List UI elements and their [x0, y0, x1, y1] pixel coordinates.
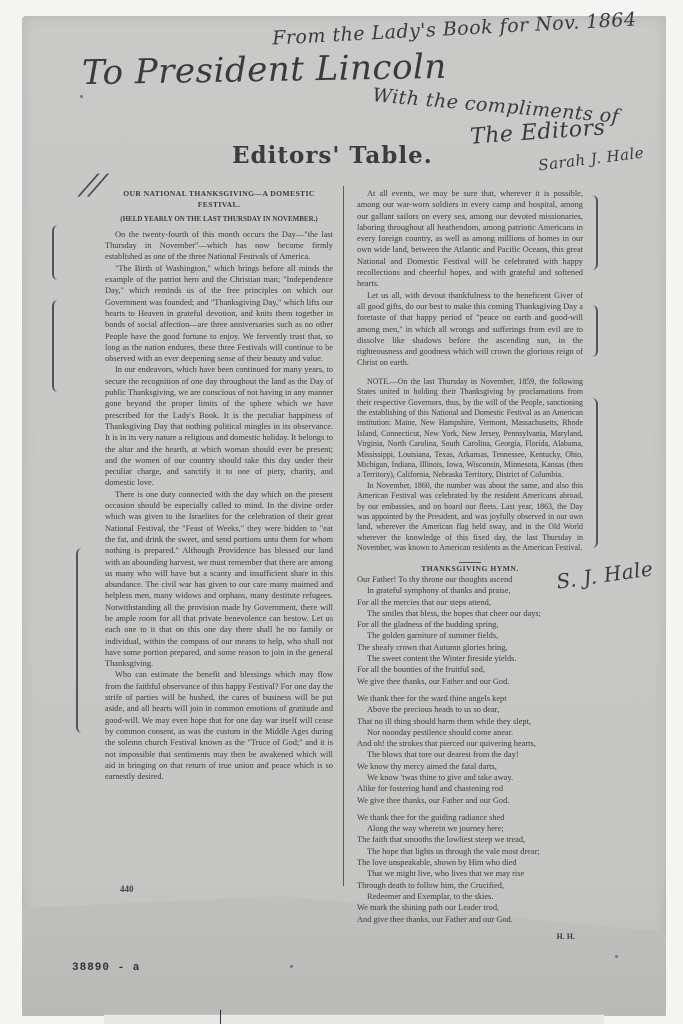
verse-line: Through death to follow him, the Crucifi… [357, 880, 583, 891]
verse-line: The faith that smooths the lowliest stee… [357, 834, 583, 845]
verse-line: We know 'twas thine to give and take awa… [357, 772, 583, 783]
margin-bracket-left-1 [52, 225, 60, 280]
catalog-number: 38890 - a [72, 962, 140, 974]
paragraph: In our endeavors, which have been contin… [105, 364, 333, 488]
note-paragraph: NOTE.—On the last Thursday in November, … [357, 377, 583, 481]
article-heading: OUR NATIONAL THANKSGIVING—A DOMESTIC FES… [105, 188, 333, 211]
paragraph: On the twenty-fourth of this month occur… [105, 229, 333, 263]
paper-speck [615, 955, 618, 958]
verse-line: The blows that tore our dearest from the… [357, 749, 583, 760]
margin-bracket-left-3 [76, 548, 84, 733]
verse-line: Redeemer and Exemplar, to the skies. [357, 891, 583, 902]
verse-line: For all the gladness of the budding spri… [357, 619, 583, 630]
verse-line: The love unspeakable, shown by Him who d… [357, 857, 583, 868]
hymn-author-initials: H. H. [357, 931, 583, 942]
verse-line: Along the way wherein we journey here; [357, 823, 583, 834]
verse-line: Nor noonday pestilence should come anear… [357, 727, 583, 738]
margin-bracket-right-1 [590, 195, 598, 270]
hymn-stanza-3: We thank thee for the guiding radiance s… [357, 812, 583, 925]
verse-line: We give thee thanks, our Father and our … [357, 676, 583, 687]
mount-strip-tick [220, 1010, 221, 1024]
paragraph: Let us all, with devout thankfulness to … [357, 290, 583, 369]
verse-line: Above the precious heads to us so dear, [357, 704, 583, 715]
column-divider [343, 186, 344, 886]
hymn-stanza-2: We thank thee for the ward thine angels … [357, 693, 583, 806]
margin-bracket-right-3 [590, 398, 598, 548]
verse-line: For all the bounties of the fruitful sod… [357, 664, 583, 675]
verse-line: Alike for fostering hand and chastening … [357, 783, 583, 794]
verse-line: That we might live, who lives that we ma… [357, 868, 583, 879]
paragraph: "The Birth of Washington," which brings … [105, 263, 333, 365]
hymn-title: THANKSGIVING HYMN. [357, 563, 583, 574]
verse-line: For all the mercies that our steps atten… [357, 597, 583, 608]
verse-line: We thank thee for the ward thine angels … [357, 693, 583, 704]
paragraph: There is one duty connected with the day… [105, 489, 333, 670]
verse-line: Our Father! To thy throne our thoughts a… [357, 574, 583, 585]
right-column: At all events, we may be sure that, wher… [357, 188, 583, 942]
hymn-stanza-1: Our Father! To thy throne our thoughts a… [357, 574, 583, 687]
margin-bracket-right-2 [590, 305, 598, 357]
verse-line: In grateful symphony of thanks and prais… [357, 585, 583, 596]
left-column: OUR NATIONAL THANKSGIVING—A DOMESTIC FES… [105, 188, 333, 782]
verse-line: The sweet content the Winter fireside yi… [357, 653, 583, 664]
verse-line: We mark the shining path our Leader trod… [357, 902, 583, 913]
paper-speck [290, 965, 293, 968]
verse-line: The sheafy crown that Autumn glories bri… [357, 642, 583, 653]
verse-line: That no ill thing should harm them while… [357, 716, 583, 727]
verse-line: The smiles that bless, the hopes that ch… [357, 608, 583, 619]
note-paragraph: In November, 1860, the number was about … [357, 481, 583, 554]
verse-line: We know thy mercy aimed the fatal darts, [357, 761, 583, 772]
paragraph: Who can estimate the benefit and blessin… [105, 669, 333, 782]
paper-speck [80, 95, 83, 98]
verse-line: And give thee thanks, our Father and our… [357, 914, 583, 925]
mount-strip [104, 1014, 604, 1024]
page-number: 440 [120, 884, 134, 894]
verse-line: The golden garniture of summer fields, [357, 630, 583, 641]
verse-line: We thank thee for the guiding radiance s… [357, 812, 583, 823]
article-subheading: (HELD YEARLY ON THE LAST THURSDAY IN NOV… [105, 214, 333, 225]
margin-bracket-left-2 [52, 300, 60, 392]
paragraph: At all events, we may be sure that, wher… [357, 188, 583, 290]
verse-line: The hope that lights us through the vale… [357, 846, 583, 857]
verse-line: And oh! the strokes that pierced our qui… [357, 738, 583, 749]
verse-line: We give thee thanks, our Father and our … [357, 795, 583, 806]
page-title: Editors' Table. [232, 142, 433, 169]
